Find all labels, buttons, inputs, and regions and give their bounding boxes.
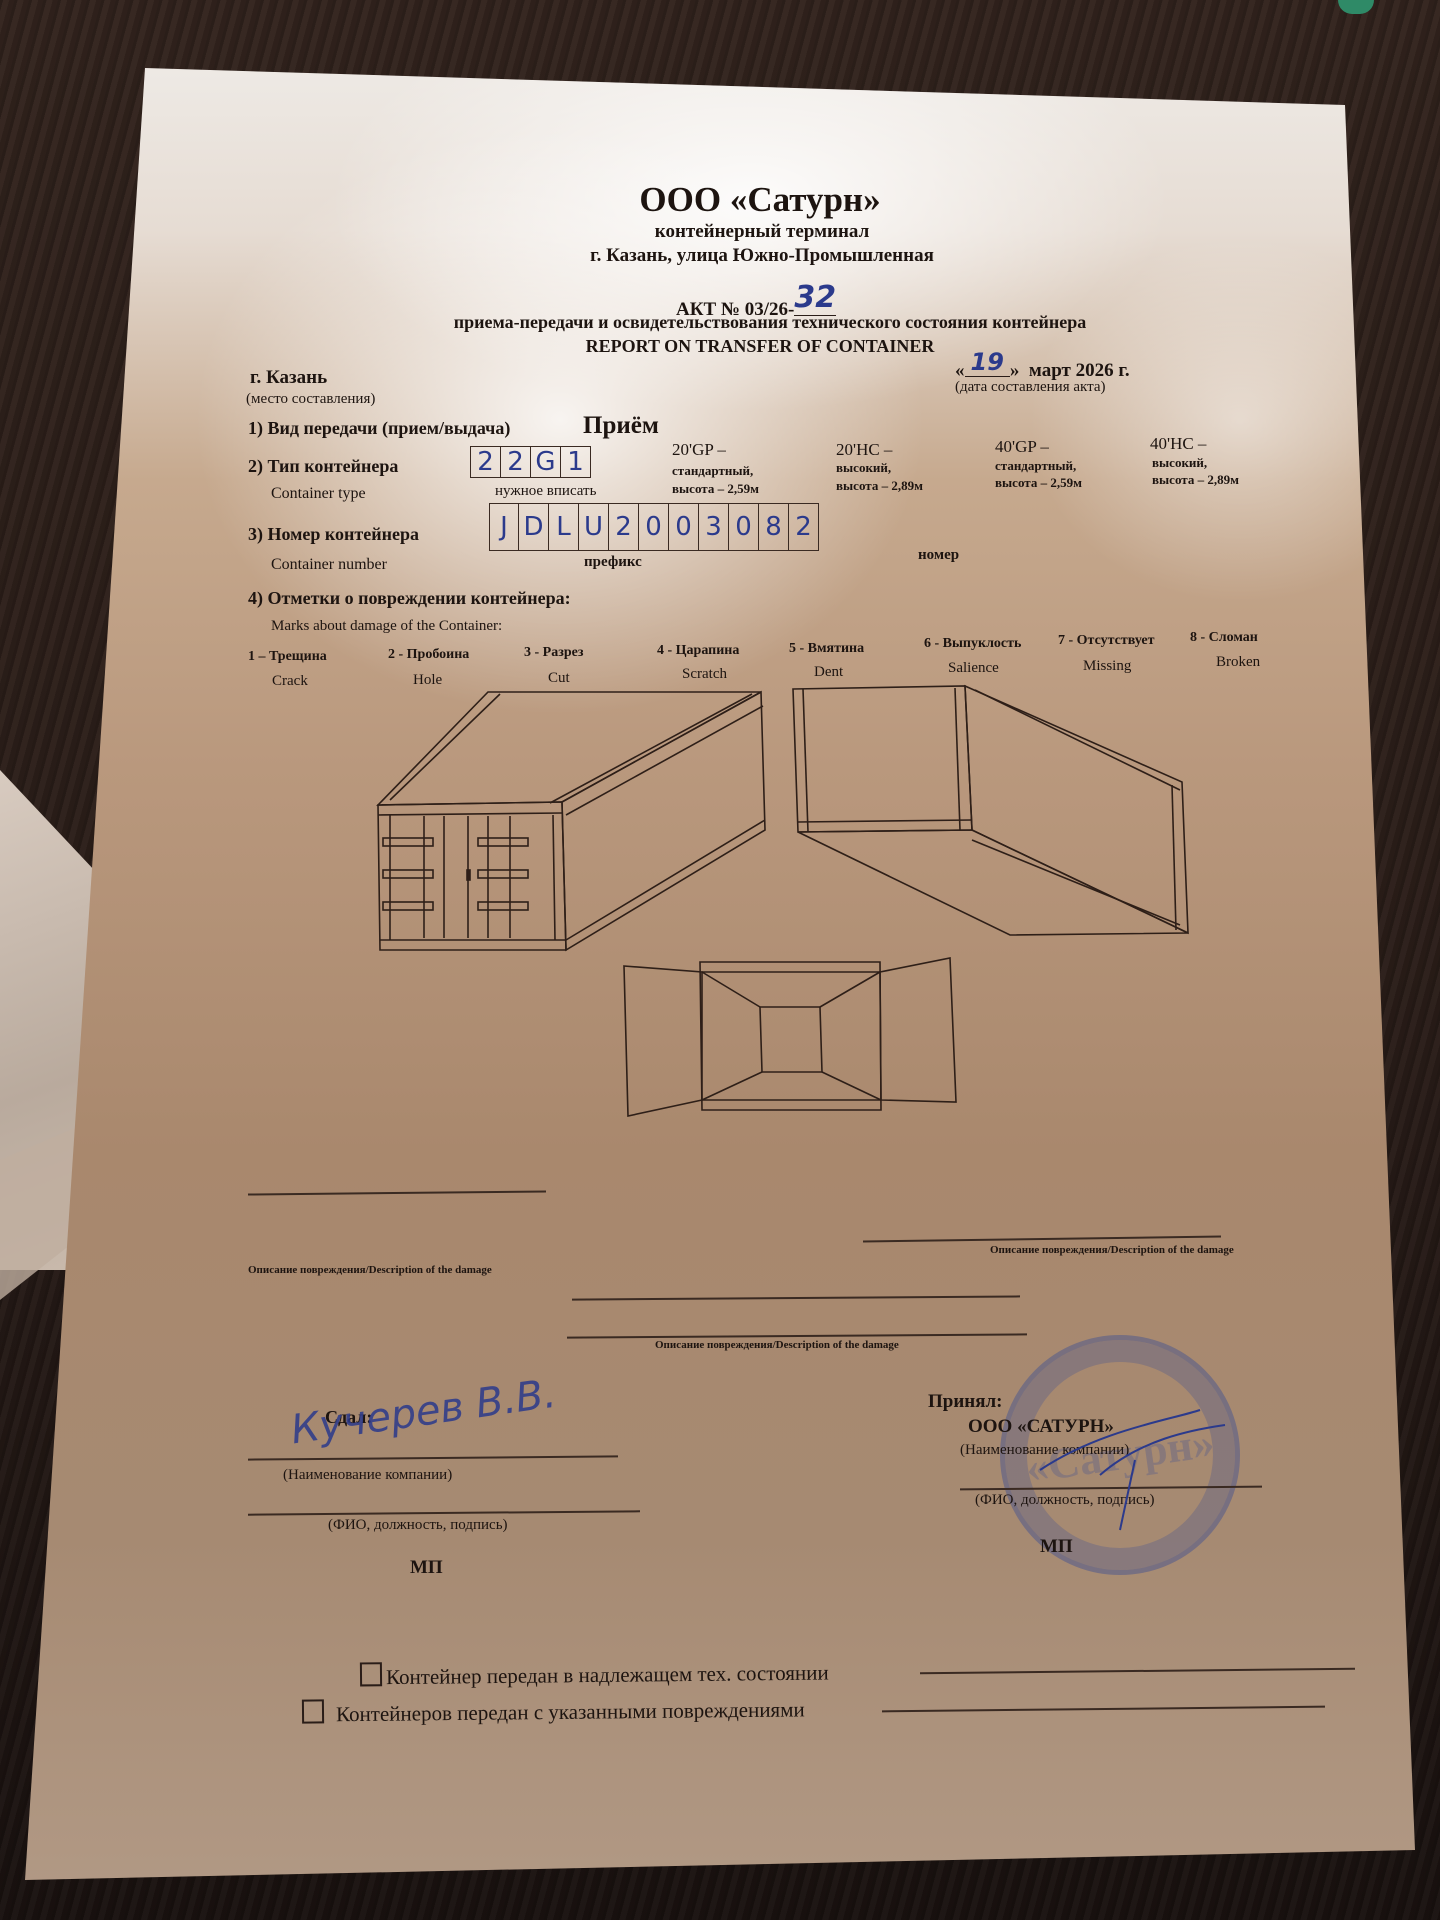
checkbox-icon[interactable]: [302, 1699, 324, 1723]
checkbox-proper-condition-label: Контейнер передан в надлежащем тех. сост…: [386, 1661, 829, 1690]
document: ООО «Сатурн» контейнерный терминал г. Ка…: [0, 0, 1440, 1920]
checkbox-with-damage-label: Контейнеров передан с указанными поврежд…: [336, 1697, 805, 1726]
checkbox-icon[interactable]: [360, 1662, 382, 1686]
checkbox-with-damage[interactable]: Контейнеров передан с указанными поврежд…: [302, 1694, 805, 1725]
received-signature: [0, 0, 1440, 1920]
checkbox-proper-condition[interactable]: Контейнер передан в надлежащем тех. сост…: [360, 1658, 829, 1689]
document-paper: ООО «Сатурн» контейнерный терминал г. Ка…: [0, 0, 1440, 1920]
